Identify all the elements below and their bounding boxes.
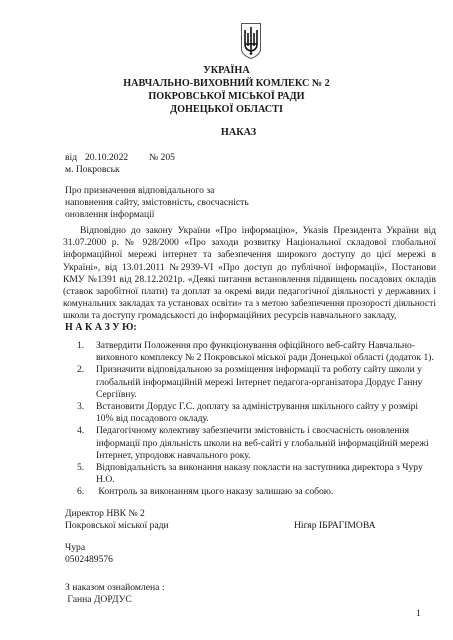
order-city: м. Покровськ: [65, 164, 120, 176]
preamble-line: Відповідно до закону України «Про інформ…: [63, 225, 436, 237]
preamble-paragraph: Відповідно до закону України «Про інформ…: [63, 225, 436, 323]
item-text: Н.О.: [96, 474, 437, 486]
preamble-line: (ставок заробітної плати) та доплат за о…: [63, 286, 436, 298]
acknowledgement-label: З наказом ознайомлена :: [65, 582, 165, 594]
region-heading: ДОНЕЦЬКОЇ ОБЛАСТІ: [0, 103, 453, 116]
executor-name: Чура: [65, 542, 85, 554]
list-item: 2. Призначити відповідальною за розміщен…: [77, 364, 437, 401]
page-number: 1: [416, 608, 421, 620]
item-text: глобальній інформаційній мережі Інтернет…: [96, 377, 437, 389]
item-text: Педагогічному колективу забезпечити зміс…: [96, 425, 437, 437]
item-number: 6.: [77, 486, 96, 498]
preamble-line: 31.07.2000 р. № 928/2000 «Про заходи роз…: [63, 237, 436, 249]
subject-line: оновлення інформації: [65, 209, 154, 221]
preamble-line: комунальних закладах та установах освіти…: [63, 298, 436, 310]
acknowledgement-name: Ганна ДОРДУС: [65, 594, 132, 606]
council-heading: ПОКРОВСЬКОЇ МІСЬКОЇ РАДИ: [0, 90, 453, 103]
executor-phone: 0502489576: [65, 554, 113, 566]
list-item: 6. Контроль за виконанням цього наказу з…: [77, 486, 437, 498]
item-number: 5.: [77, 462, 96, 486]
order-heading: Н А К А З У Ю:: [65, 322, 137, 334]
signatory-position: Покровської міської ради: [65, 520, 169, 532]
item-text: 10% від посадового окладу.: [96, 413, 437, 425]
subject-line: Про призначення відповідального за: [65, 185, 214, 197]
item-text: Призначити відповідальною за розміщення …: [96, 364, 437, 376]
list-item: 5. Відповідальність за виконання наказу …: [77, 462, 437, 486]
item-number: 4.: [77, 425, 96, 462]
signatory-position: Директор НВК № 2: [65, 508, 145, 520]
preamble-line: Україні», від 13.01.2011 №2939-VI «Про д…: [63, 262, 436, 274]
coat-of-arms-icon: [240, 22, 262, 60]
item-number: 3.: [77, 401, 96, 425]
item-text: Інтернет, упродовж навчального року.: [96, 450, 437, 462]
list-item: 4. Педагогічному колективу забезпечити з…: [77, 425, 437, 462]
item-number: 2.: [77, 364, 96, 401]
country-heading: УКРАЇНА: [0, 64, 453, 77]
document-type-title: НАКАЗ: [12, 126, 453, 139]
item-number: 1.: [77, 340, 96, 364]
item-text: Відповідальність за виконання наказу пок…: [96, 462, 437, 474]
preamble-line: КМУ №1391 від 28.12.2021р. «Деякі питанн…: [63, 274, 436, 286]
date-label: від: [65, 152, 77, 164]
order-date: 20.10.2022: [85, 152, 128, 164]
list-item: 3. Встановити Дордус Г.С. доплату за адм…: [77, 401, 437, 425]
item-text: Затвердити Положення про функціонування …: [96, 340, 437, 352]
item-text: інформації про діяльність школи на веб-с…: [96, 438, 437, 450]
subject-line: наповнення сайту, змістовність, своєчасн…: [65, 197, 249, 209]
item-text: Контроль за виконанням цього наказу зали…: [96, 486, 437, 498]
item-text: Сергіївну.: [96, 389, 437, 401]
item-text: Встановити Дордус Г.С. доплату за адміні…: [96, 401, 437, 413]
institution-heading: НАВЧАЛЬНО-ВИХОВНИЙ КОМЛЕКС № 2: [0, 77, 453, 90]
list-item: 1. Затвердити Положення про функціонуван…: [77, 340, 437, 364]
order-number: № 205: [149, 152, 175, 164]
order-items-list: 1. Затвердити Положення про функціонуван…: [77, 340, 437, 499]
signatory-name: Нігяр ІБРАГІМОВА: [294, 520, 376, 532]
item-text: виховного комплексу № 2 Покровської місь…: [96, 352, 437, 364]
preamble-line: інформаційної мережі інтернет та забезпе…: [63, 249, 436, 261]
preamble-line: школи та доступу громадськості до інформ…: [63, 310, 436, 322]
